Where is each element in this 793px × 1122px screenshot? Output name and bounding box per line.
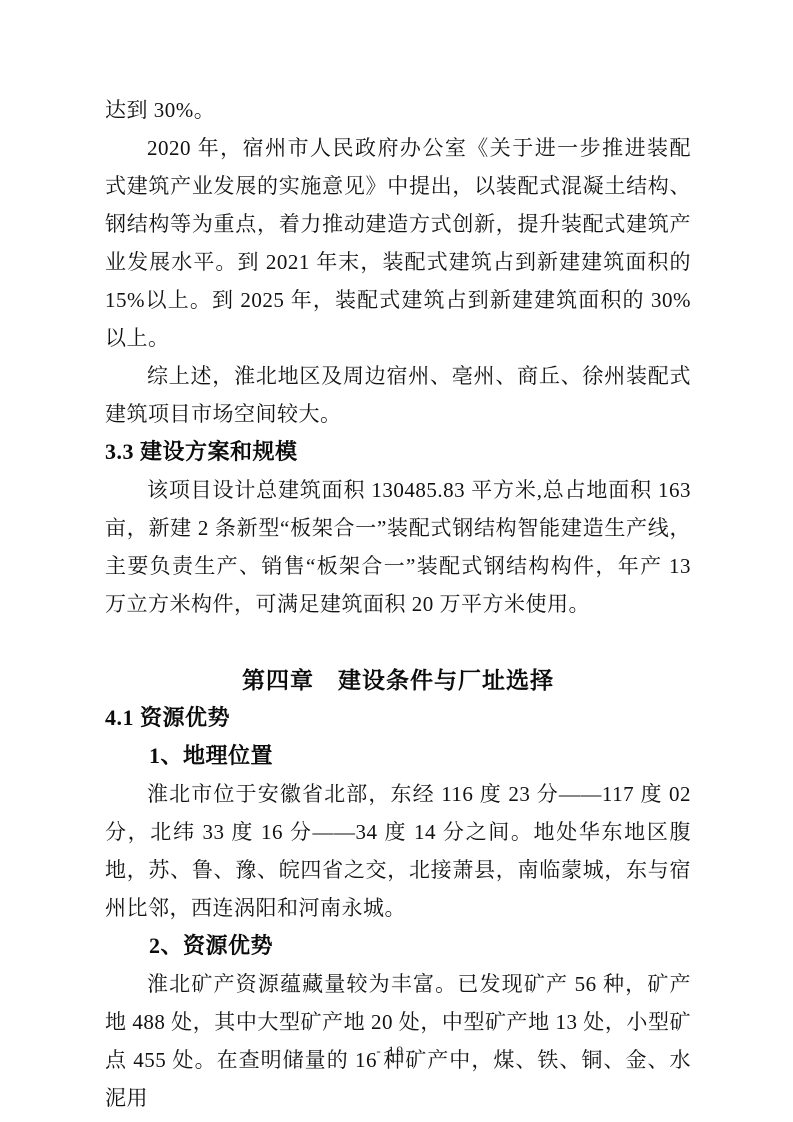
document-page: 达到 30%。 2020 年，宿州市人民政府办公室《关于进一步推进装配式建筑产业… [0,0,793,1122]
page-number: - 19 - [0,1041,793,1061]
subsection-heading-resources: 2、资源优势 [105,927,691,965]
section-heading-4-1: 4.1 资源优势 [105,699,691,737]
page-content: 达到 30%。 2020 年，宿州市人民政府办公室《关于进一步推进装配式建筑产业… [105,91,691,1117]
paragraph-2020-policy: 2020 年，宿州市人民政府办公室《关于进一步推进装配式建筑产业发展的实施意见》… [105,129,691,357]
chapter-title: 第四章 建设条件与厂址选择 [105,661,691,699]
paragraph-market-summary: 综上述，淮北地区及周边宿州、亳州、商丘、徐州装配式建筑项目市场空间较大。 [105,357,691,433]
paragraph-location: 淮北市位于安徽省北部，东经 116 度 23 分——117 度 02 分，北纬 … [105,775,691,927]
paragraph-continuation: 达到 30%。 [105,91,691,129]
paragraph-project-scale: 该项目设计总建筑面积 130485.83 平方米,总占地面积 163 亩，新建 … [105,471,691,623]
subsection-heading-location: 1、地理位置 [105,737,691,775]
section-heading-3-3: 3.3 建设方案和规模 [105,433,691,471]
